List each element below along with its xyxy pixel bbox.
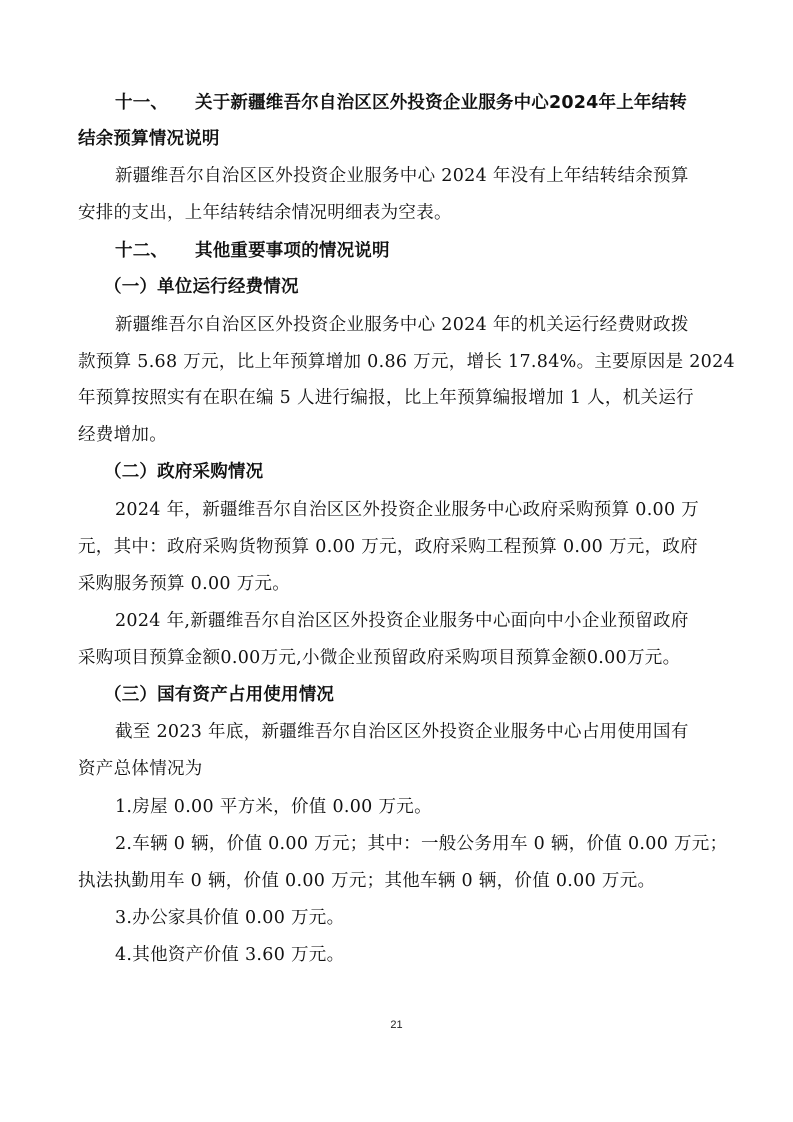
section-11-heading: 十一、关于新疆维吾尔自治区区外投资企业服务中心2024年上年结转: [115, 92, 715, 114]
subsection-2-para2-line: 2024 年,新疆维吾尔自治区区外投资企业服务中心面向中小企业预留政府: [115, 610, 715, 632]
asset-item: 3.办公家具价值 0.00 万元。: [115, 907, 715, 929]
section-12-number: 十二、: [115, 240, 195, 262]
asset-item: 2.车辆 0 辆，价值 0.00 万元；其中：一般公务用车 0 辆，价值 0.0…: [115, 833, 715, 855]
subsection-1-line: 新疆维吾尔自治区区外投资企业服务中心 2024 年的机关运行经费财政拨: [115, 314, 715, 336]
subsection-2-para1-line: 元，其中：政府采购货物预算 0.00 万元，政府采购工程预算 0.00 万元，政…: [78, 536, 678, 558]
subsection-1-line: 经费增加。: [78, 424, 678, 446]
subsection-1-line: 款预算 5.68 万元，比上年预算增加 0.86 万元，增长 17.84%。主要…: [78, 351, 678, 373]
subsection-3-title: （三）国有资产占用使用情况: [104, 684, 704, 706]
subsection-2-para1-line: 采购服务预算 0.00 万元。: [78, 573, 678, 595]
section-11-title-line2: 结余预算情况说明: [78, 128, 678, 150]
subsection-2-para2-line: 采购项目预算金额0.00万元,小微企业预留政府采购项目预算金额0.00万元。: [78, 647, 678, 669]
section-11-title-line1: 关于新疆维吾尔自治区区外投资企业服务中心2024年上年结转: [195, 93, 687, 113]
page-number: 21: [0, 1019, 793, 1031]
subsection-3-intro-line: 截至 2023 年底，新疆维吾尔自治区区外投资企业服务中心占用使用国有: [115, 721, 715, 743]
subsection-1-title: （一）单位运行经费情况: [104, 276, 704, 298]
asset-item: 执法执勤用车 0 辆，价值 0.00 万元；其他车辆 0 辆，价值 0.00 万…: [78, 870, 678, 892]
section-11-body-line2: 安排的支出，上年结转结余情况明细表为空表。: [78, 202, 678, 224]
section-12-title: 其他重要事项的情况说明: [195, 241, 390, 261]
document-page: 十一、关于新疆维吾尔自治区区外投资企业服务中心2024年上年结转 结余预算情况说…: [0, 0, 793, 1122]
subsection-2-title: （二）政府采购情况: [104, 461, 704, 483]
asset-item: 4.其他资产价值 3.60 万元。: [115, 944, 715, 966]
subsection-1-line: 年预算按照实有在职在编 5 人进行编报，比上年预算编报增加 1 人，机关运行: [78, 387, 678, 409]
section-11-number: 十一、: [115, 92, 195, 114]
subsection-2-para1-line: 2024 年，新疆维吾尔自治区区外投资企业服务中心政府采购预算 0.00 万: [115, 499, 715, 521]
section-12-heading: 十二、其他重要事项的情况说明: [115, 240, 715, 262]
asset-item: 1.房屋 0.00 平方米，价值 0.00 万元。: [115, 796, 715, 818]
section-11-body-line1: 新疆维吾尔自治区区外投资企业服务中心 2024 年没有上年结转结余预算: [115, 165, 715, 187]
subsection-3-intro-line: 资产总体情况为: [78, 758, 678, 780]
